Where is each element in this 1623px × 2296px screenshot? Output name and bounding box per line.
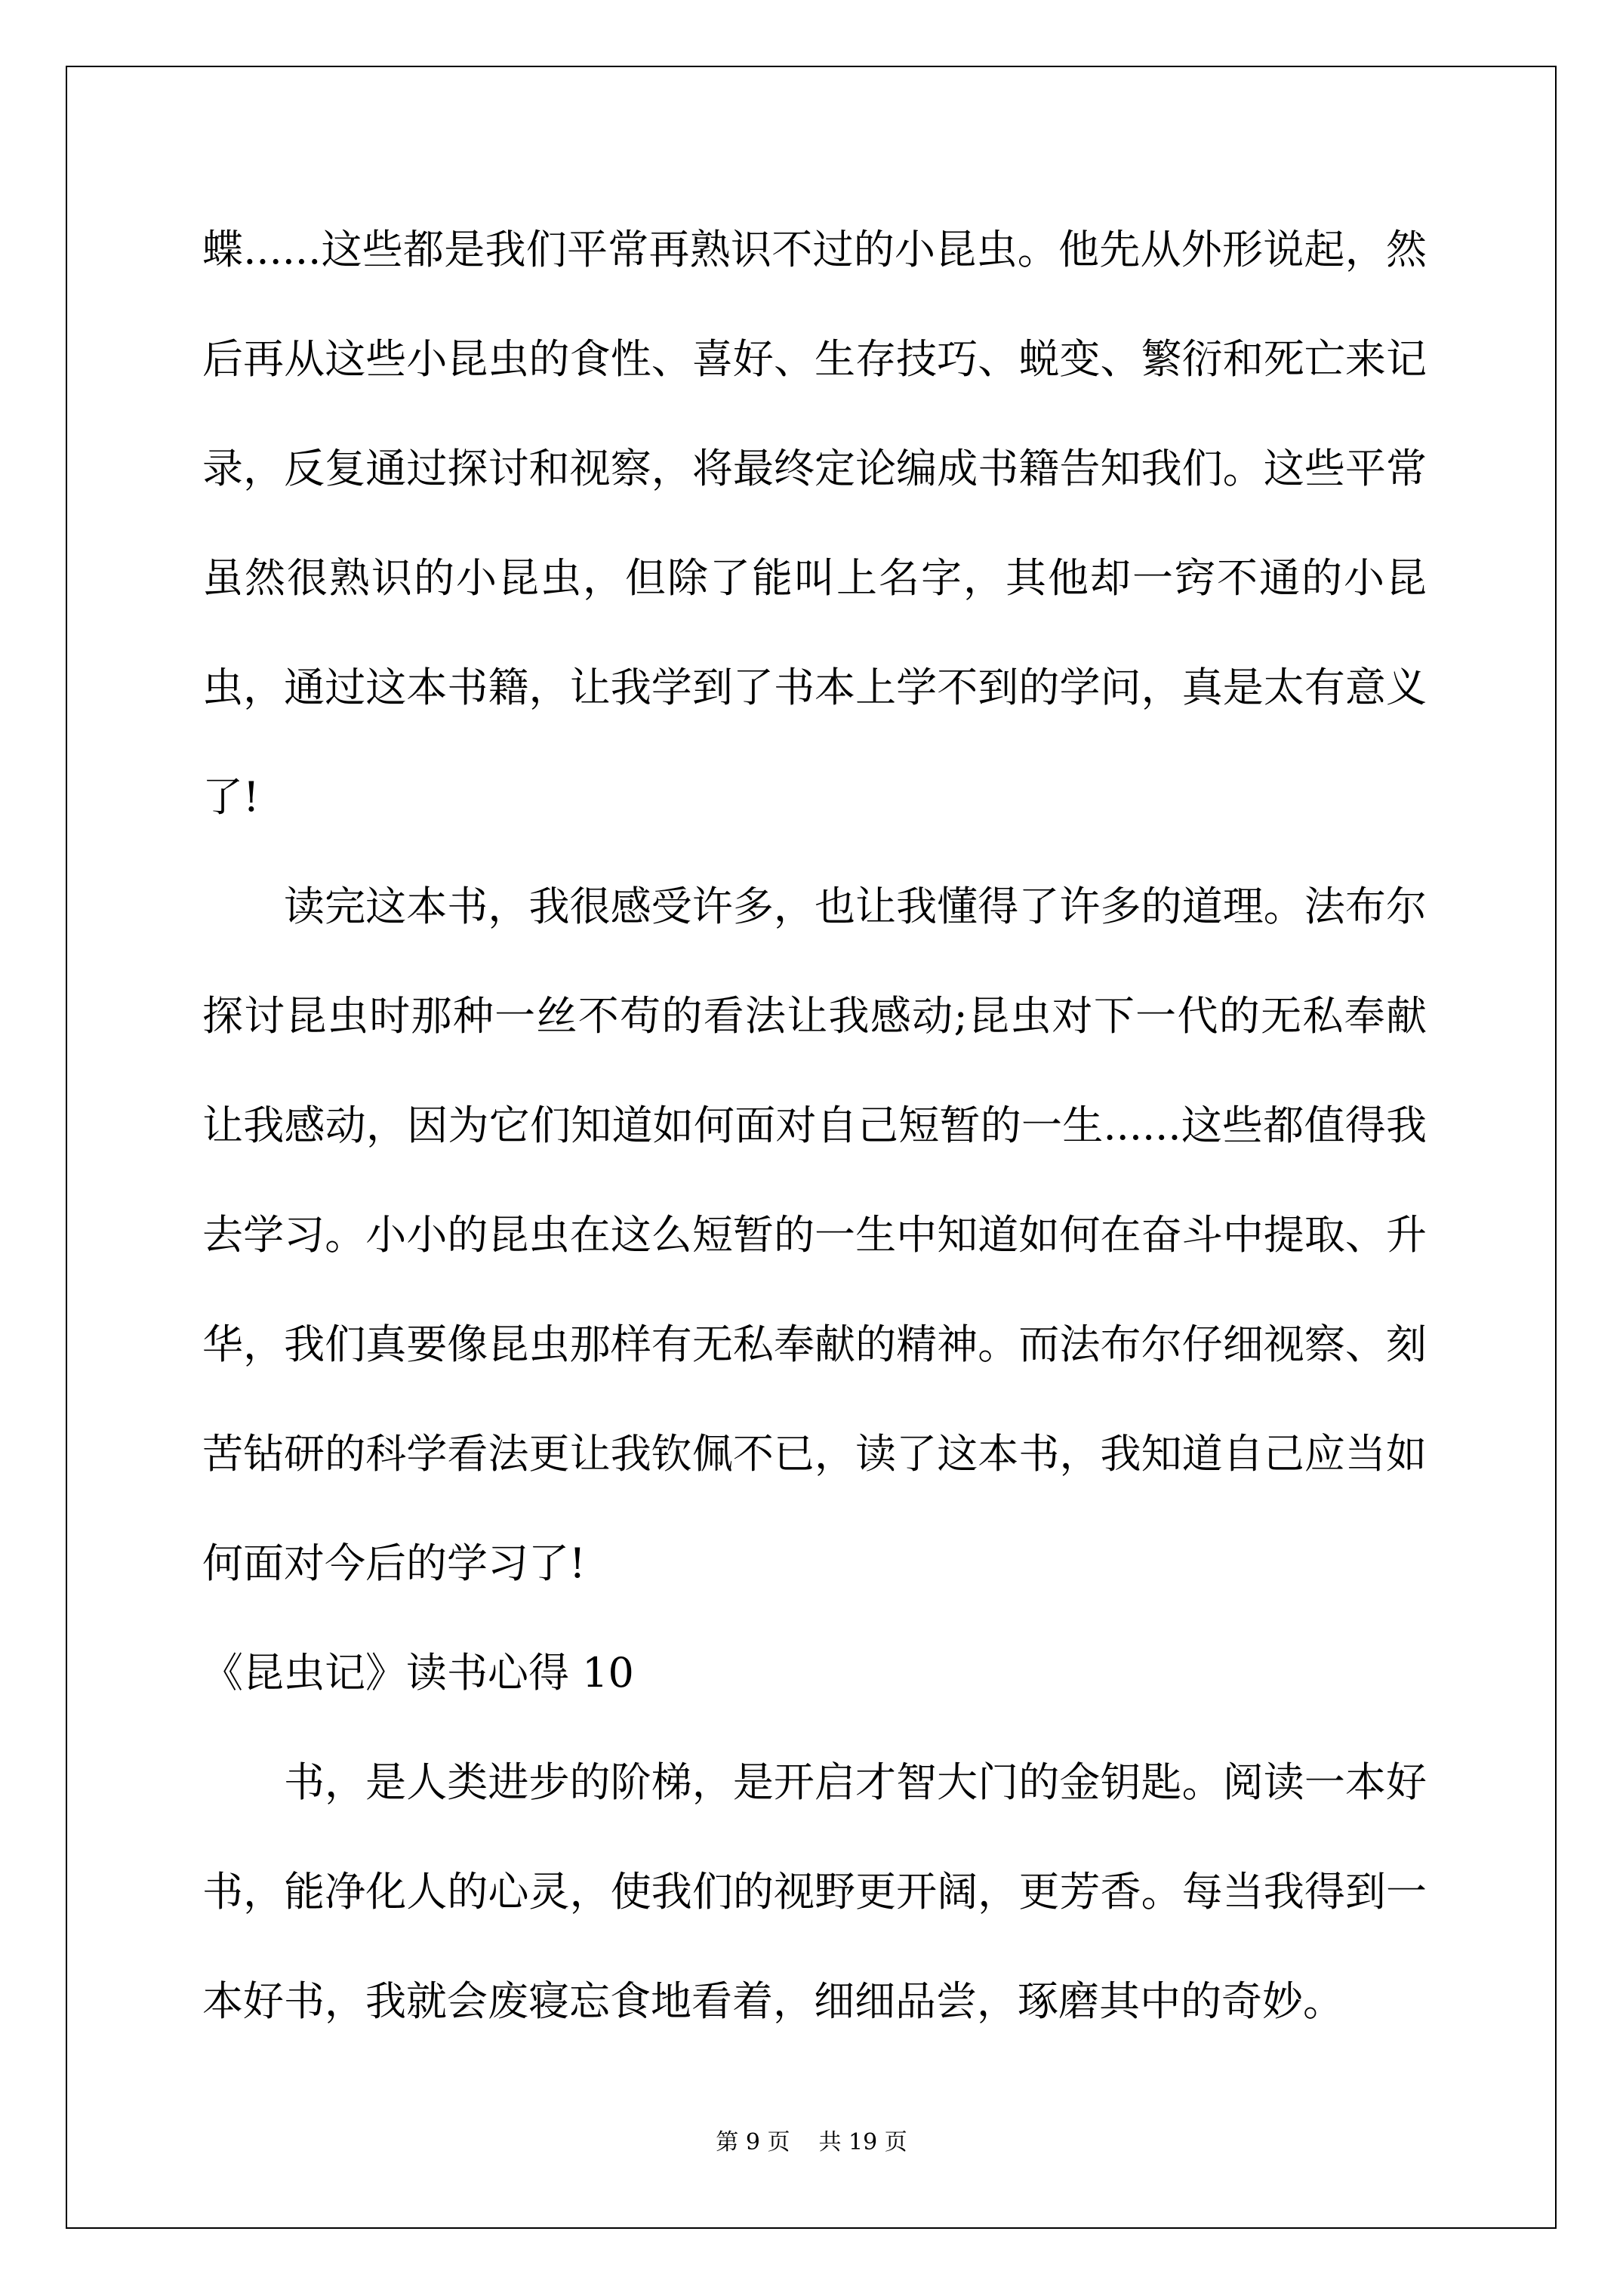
section-heading: 《昆虫记》读书心得 10 bbox=[202, 1618, 1427, 1727]
document-body: 蝶......这些都是我们平常再熟识不过的小昆虫。他先从外形说起，然后再从这些小… bbox=[202, 195, 1427, 2056]
total-pages-label: 共 19 页 bbox=[818, 2129, 907, 2156]
paragraph-reflection: 读完这本书，我很感受许多，也让我懂得了许多的道理。法布尔探讨昆虫时那种一丝不苟的… bbox=[202, 852, 1427, 1618]
document-page: 蝶......这些都是我们平常再熟识不过的小昆虫。他先从外形说起，然后再从这些小… bbox=[0, 0, 1623, 2296]
page-footer: 第 9 页共 19 页 bbox=[0, 2128, 1623, 2158]
paragraph-books: 书，是人类进步的阶梯，是开启才智大门的金钥匙。阅读一本好书，能净化人的心灵，使我… bbox=[202, 1727, 1427, 2056]
paragraph-continuation: 蝶......这些都是我们平常再熟识不过的小昆虫。他先从外形说起，然后再从这些小… bbox=[202, 195, 1427, 852]
current-page-label: 第 9 页 bbox=[716, 2129, 790, 2156]
